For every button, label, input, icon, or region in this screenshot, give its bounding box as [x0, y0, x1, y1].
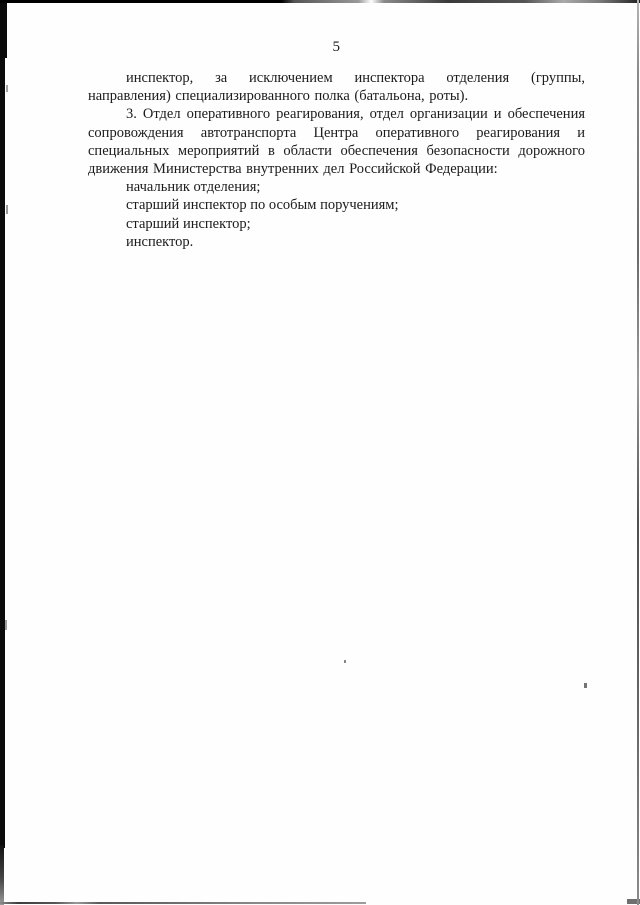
- list-item: старший инспектор;: [88, 215, 585, 233]
- left-binding-bar-bottom: [0, 845, 4, 905]
- position-list: начальник отделения; старший инспектор п…: [88, 178, 585, 251]
- list-item: начальник отделения;: [88, 178, 585, 196]
- scan-speck: [344, 660, 346, 663]
- document-content: 5 инспектор, за исключением инспектора о…: [88, 0, 585, 251]
- list-item: инспектор.: [88, 233, 585, 251]
- left-binding-bar-top: [0, 0, 7, 58]
- page-number: 5: [88, 38, 585, 56]
- paragraph-continuation: инспектор, за исключением инспектора отд…: [88, 69, 585, 105]
- list-item: старший инспектор по особым поручениям;: [88, 196, 585, 214]
- right-scan-edge-line: [637, 0, 639, 905]
- scanned-document-page: 5 инспектор, за исключением инспектора о…: [0, 0, 640, 905]
- document-body: инспектор, за исключением инспектора отд…: [88, 69, 585, 251]
- bottom-scan-edge-line: [0, 902, 366, 904]
- scan-speck: [6, 85, 8, 92]
- paragraph-item-3: 3. Отдел оперативного реагирования, отде…: [88, 105, 585, 178]
- left-binding-bar: [0, 0, 5, 848]
- scan-speck: [6, 205, 8, 214]
- scan-speck: [584, 683, 587, 688]
- scan-speck: [5, 620, 7, 630]
